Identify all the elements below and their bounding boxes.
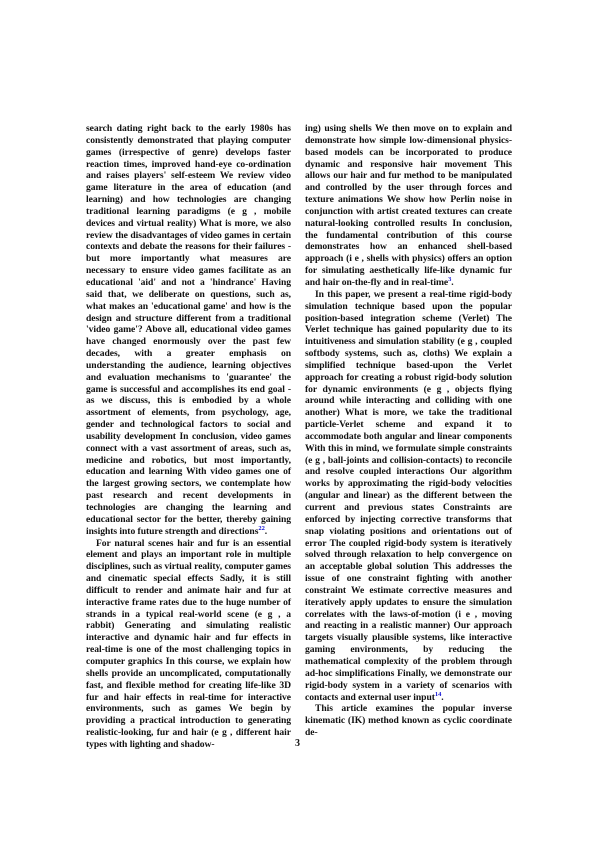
paragraph: In this paper, we present a real-time ri… <box>305 289 512 704</box>
paragraph-text: This article examines the popular invers… <box>305 703 512 738</box>
left-column: search dating right back to the early 19… <box>86 123 291 751</box>
paragraph: This article examines the popular invers… <box>305 703 512 739</box>
paragraph-text: In this paper, we present a real-time ri… <box>305 289 512 703</box>
page-number: 3 <box>0 738 595 749</box>
period: . <box>441 692 443 703</box>
paragraph-text: ing) using shells We then move on to exp… <box>305 123 512 288</box>
paragraph-text: search dating right back to the early 19… <box>86 123 291 537</box>
period: . <box>451 277 453 288</box>
document-page: search dating right back to the early 19… <box>0 0 595 842</box>
period: . <box>265 526 267 537</box>
paragraph: ing) using shells We then move on to exp… <box>305 123 512 289</box>
paragraph: For natural scenes hair and fur is an es… <box>86 538 291 751</box>
paragraph: search dating right back to the early 19… <box>86 123 291 538</box>
paragraph-text: For natural scenes hair and fur is an es… <box>86 538 291 750</box>
right-column: ing) using shells We then move on to exp… <box>305 123 512 739</box>
